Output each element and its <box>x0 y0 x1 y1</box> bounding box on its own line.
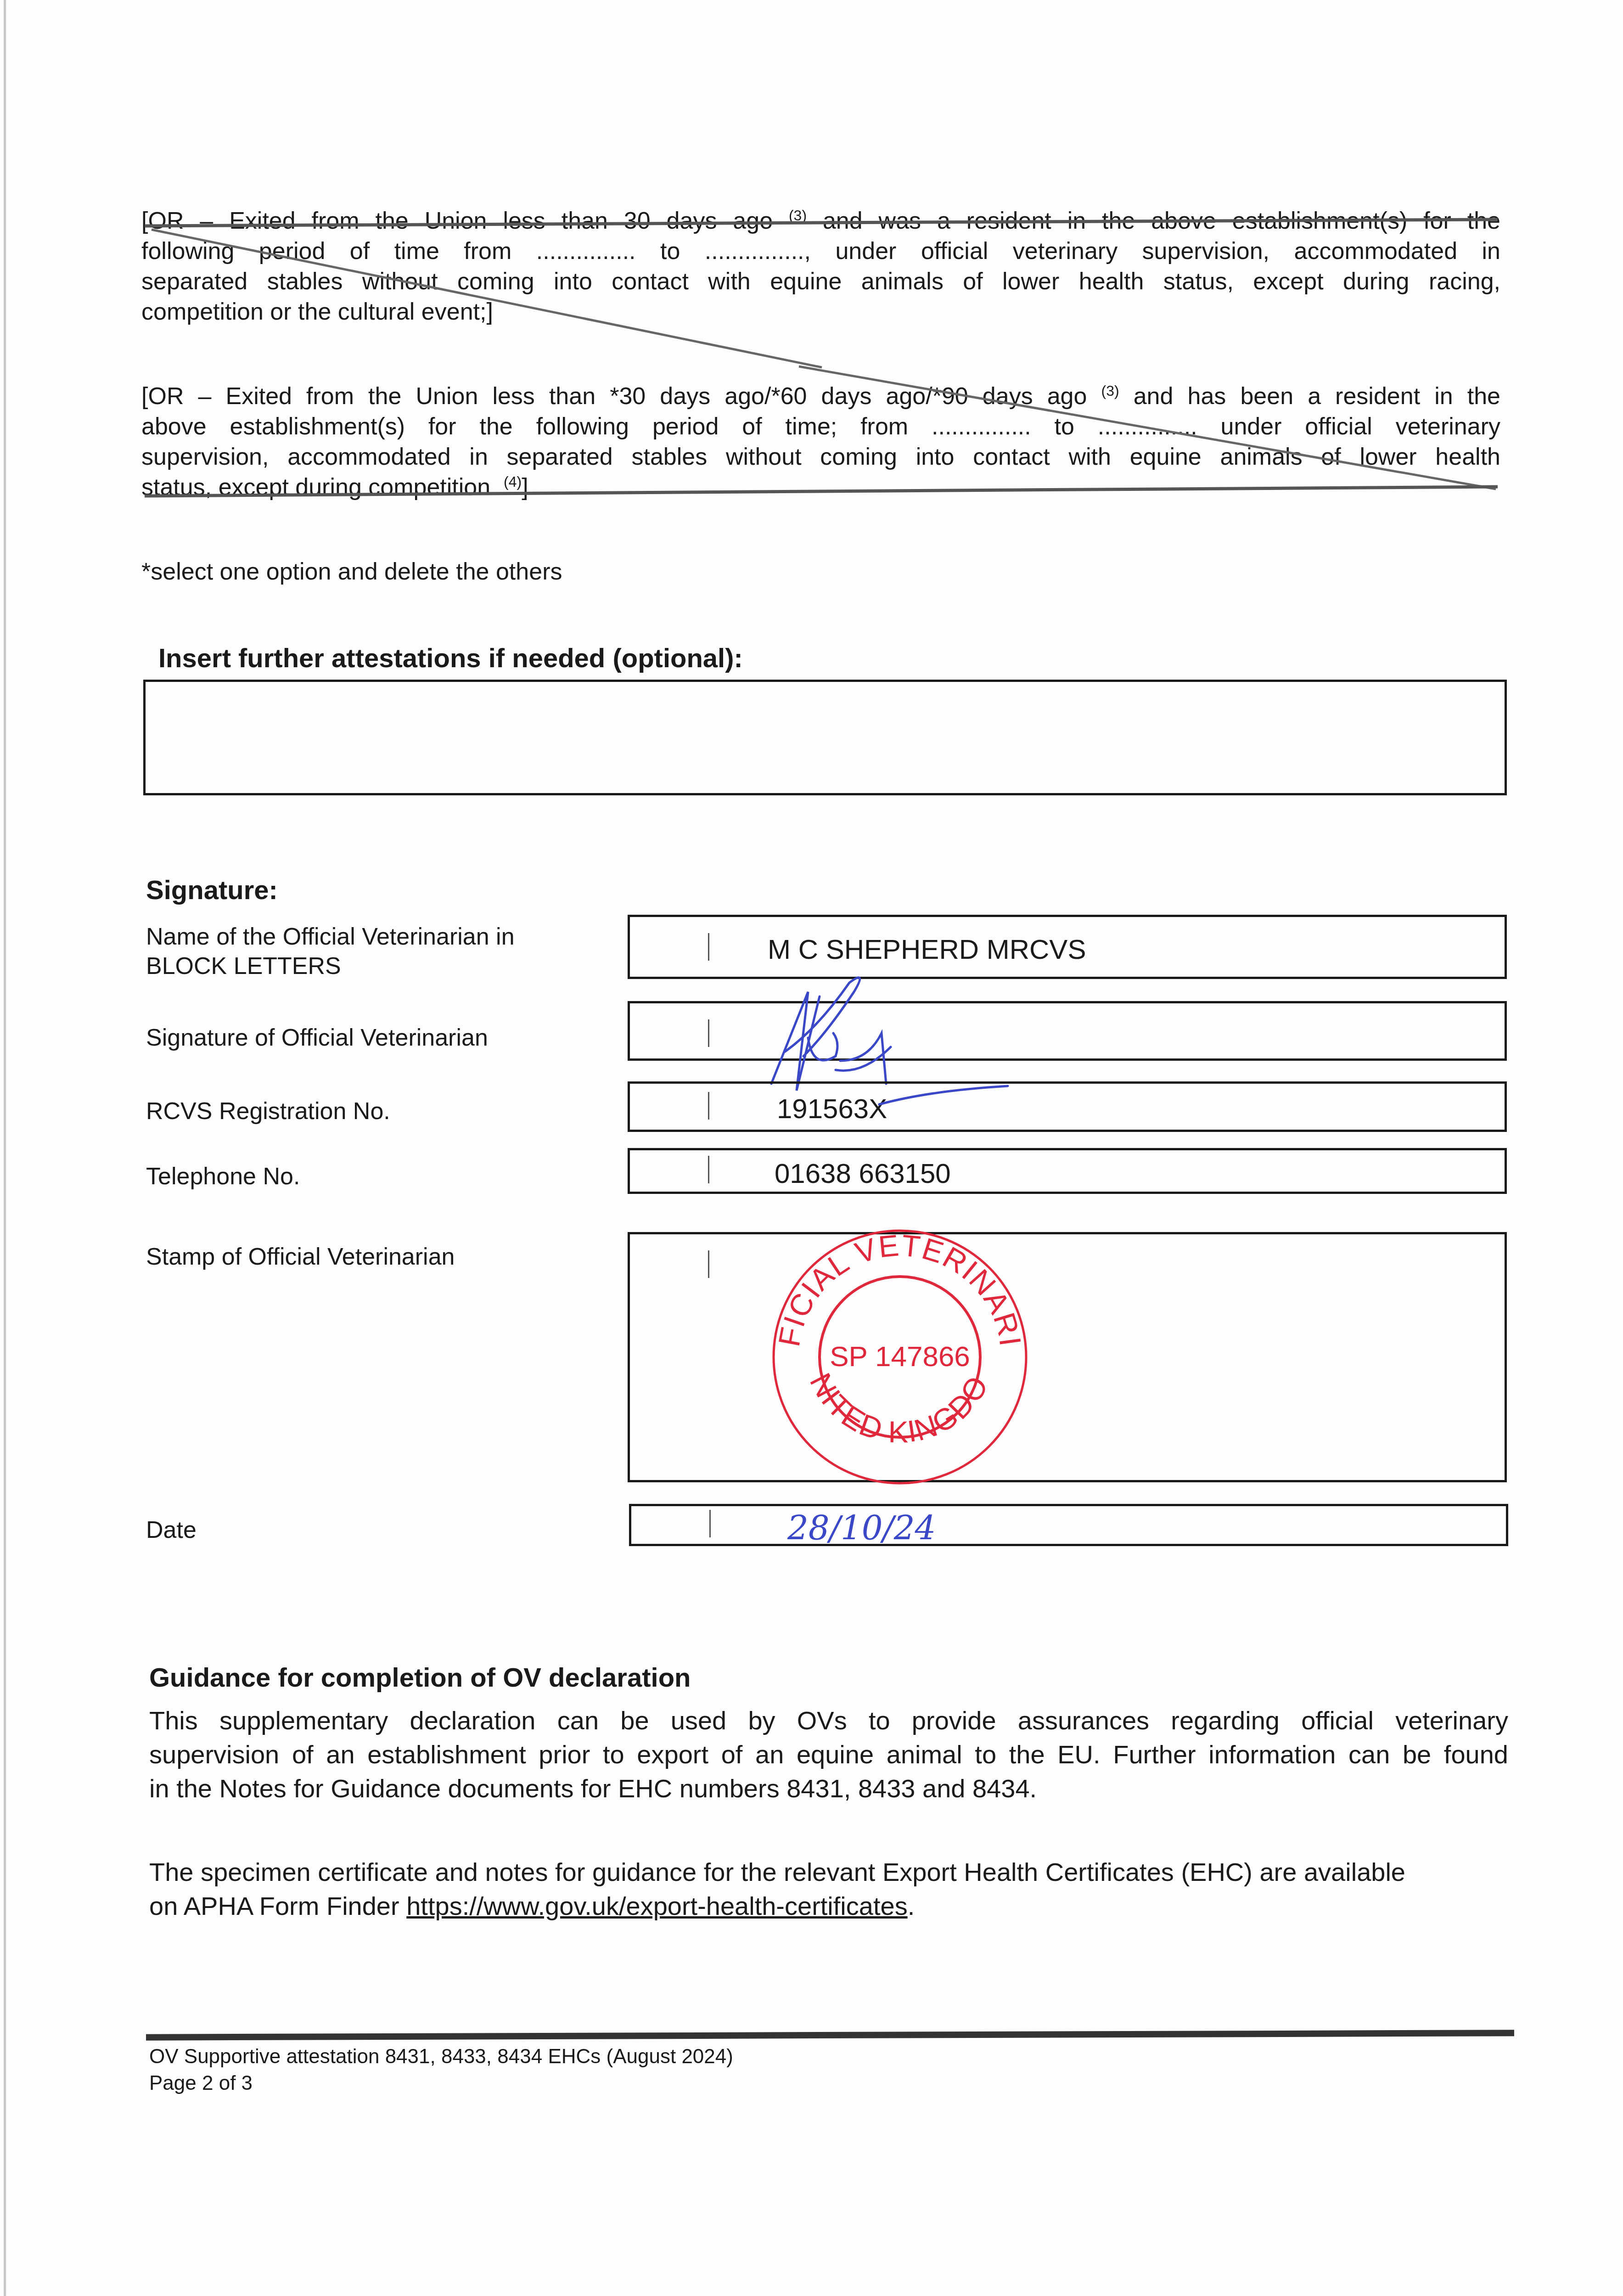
date-value: 28/10/24 <box>787 1509 936 1548</box>
telephone-field[interactable]: 01638 663150 <box>628 1148 1507 1194</box>
field-cursor-mark <box>708 933 709 961</box>
guidance-paragraph-2: The specimen certificate and notes for g… <box>149 1855 1508 1923</box>
footer: OV Supportive attestation 8431, 8433, 84… <box>149 2043 733 2097</box>
export-health-certificates-link[interactable]: https://www.gov.uk/export-health-certifi… <box>406 1891 907 1920</box>
option-1-line-1: [OR – Exited from the Union less than 30… <box>141 206 1500 236</box>
field-cursor-mark <box>708 1250 709 1278</box>
stamp-field[interactable] <box>628 1232 1507 1482</box>
svg-text:SP 147866: SP 147866 <box>830 1341 970 1373</box>
field-cursor-mark <box>708 1156 709 1183</box>
ov-name-label: Name of the Official Veterinarian in BLO… <box>146 922 515 981</box>
guidance-line: on APHA Form Finder https://www.gov.uk/e… <box>149 1889 1508 1923</box>
guidance-line: The specimen certificate and notes for g… <box>149 1855 1508 1889</box>
date-label: Date <box>146 1515 197 1545</box>
option-2-line-1: [OR – Exited from the Union less than *3… <box>141 381 1500 411</box>
rcvs-registration-field[interactable]: 191563X <box>628 1081 1507 1132</box>
telephone-label: Telephone No. <box>146 1162 300 1191</box>
option-1-line-4: competition or the cultural event;] <box>141 297 1500 327</box>
option-2-line-2: above establishment(s) for the following… <box>141 411 1500 442</box>
stamp-label: Stamp of Official Veterinarian <box>146 1242 455 1272</box>
rcvs-registration-value: 191563X <box>777 1093 887 1125</box>
attestation-option-1: [OR – Exited from the Union less than 30… <box>141 206 1500 327</box>
option-2-line-3: supervision, accommodated in separated s… <box>141 442 1500 472</box>
further-attestations-heading: Insert further attestations if needed (o… <box>158 643 743 674</box>
guidance-paragraph-1: This supplementary declaration can be us… <box>149 1704 1508 1806</box>
footer-document-title: OV Supportive attestation 8431, 8433, 84… <box>149 2043 733 2070</box>
guidance-line: supervision of an establishment prior to… <box>149 1738 1508 1772</box>
svg-text:OFFICIAL VETERINARIAN: OFFICIAL VETERINARIAN <box>767 1224 1028 1349</box>
further-attestations-field[interactable] <box>143 680 1507 795</box>
rcvs-registration-label: RCVS Registration No. <box>146 1097 390 1126</box>
select-option-note: *select one option and delete the others <box>141 558 562 585</box>
option-2-line-4: status, except during competition. (4)] <box>141 472 1500 502</box>
footer-divider <box>146 2030 1514 2040</box>
signature-heading: Signature: <box>146 875 278 906</box>
date-field[interactable]: 28/10/24 <box>629 1504 1508 1546</box>
official-veterinarian-stamp: OFFICIAL VETERINARIAN UNITED KINGDOM SP … <box>767 1224 1033 1490</box>
footer-page-number: Page 2 of 3 <box>149 2070 733 2097</box>
attestation-option-2: [OR – Exited from the Union less than *3… <box>141 381 1500 502</box>
field-cursor-mark <box>709 1510 711 1537</box>
ov-name-value: M C SHEPHERD MRCVS <box>768 934 1086 965</box>
field-cursor-mark <box>708 1019 709 1047</box>
field-cursor-mark <box>708 1092 709 1120</box>
option-1-line-2: following period of time from ..........… <box>141 236 1500 266</box>
telephone-value: 01638 663150 <box>775 1158 951 1189</box>
guidance-line: This supplementary declaration can be us… <box>149 1704 1508 1738</box>
guidance-heading: Guidance for completion of OV declaratio… <box>149 1662 691 1693</box>
pen-stroke-mark <box>875 1081 1012 1109</box>
ov-signature-label: Signature of Official Veterinarian <box>146 1023 488 1052</box>
guidance-line: in the Notes for Guidance documents for … <box>149 1772 1508 1806</box>
option-1-line-3: separated stables without coming into co… <box>141 266 1500 297</box>
scan-edge <box>4 0 6 2296</box>
